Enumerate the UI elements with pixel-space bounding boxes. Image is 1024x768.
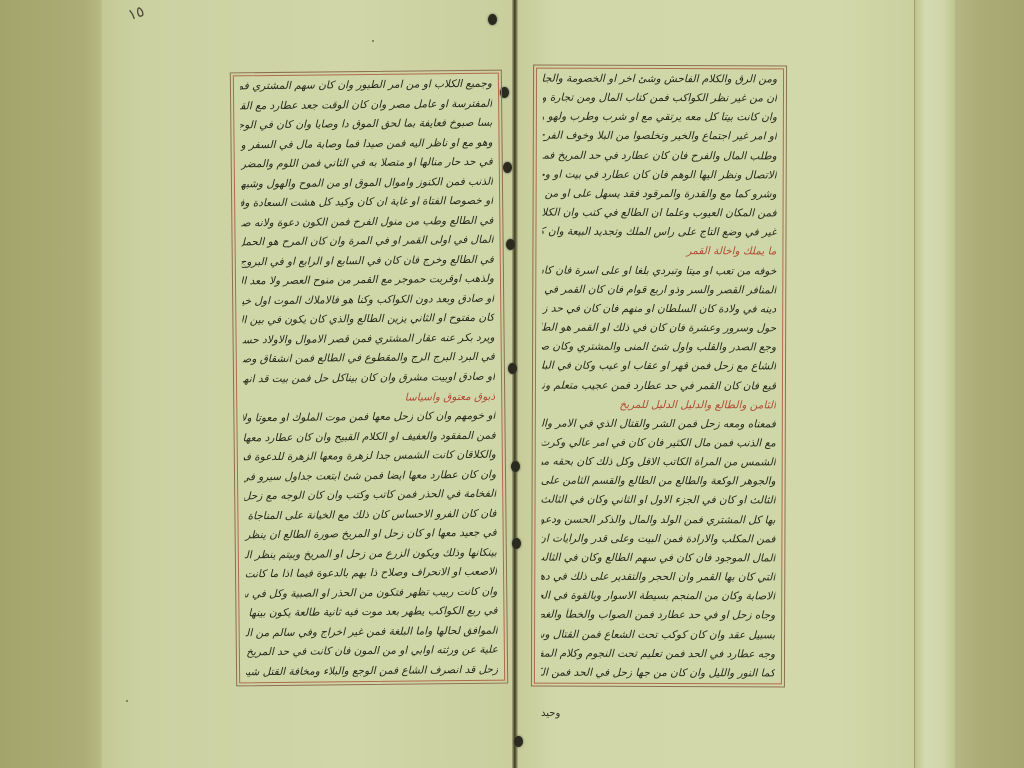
text-line: في ربع الكواكب يطهر بعد موت فيه ثانية طا… xyxy=(245,605,497,620)
text-line: الذنب فمن الكنوز واموال الموق او من المو… xyxy=(241,175,493,190)
text-line: مع الذنب فمن مال الكثير فان كان في امر ع… xyxy=(542,437,776,450)
backdrop-right xyxy=(950,0,1024,768)
text-line: في جعيد معها او كان زحل او المريخ صورة ا… xyxy=(245,527,497,542)
binding-hole xyxy=(508,363,517,374)
text-line: خوفه من تعب او ميتا وتبردي بلغا او على ا… xyxy=(542,264,776,277)
text-line: وجاه زحل او في حد عطارد فمن الصواب والخط… xyxy=(541,609,775,622)
text-line: الشمس من المراة الكاتب الاقل وكل ذلك كان… xyxy=(542,456,776,469)
rubric-line: الثامن والطالع والدليل الدليل للمريخ xyxy=(542,398,776,411)
binding-hole xyxy=(506,239,515,250)
binding-hole xyxy=(514,736,523,747)
text-line: قيع فان كان القمر في حد عطارد فمن عجيب م… xyxy=(542,379,776,392)
text-line: وان كان عطارد معها ايضا فمن شئ ابتعت جدا… xyxy=(244,468,496,483)
text-line: المنافر القصر والسر وذو اربع قوام فان كا… xyxy=(542,283,776,296)
right-text-block: ومن الرق والكلام الفاحش وشئ اخر او الخصو… xyxy=(541,73,777,680)
text-line: الاتصال ونظر اليها الوهم فان كان عطارد ف… xyxy=(543,168,777,181)
backdrop-left xyxy=(0,0,104,768)
text-line: في الطالع وخرج فان كان في السابع او الرا… xyxy=(242,253,494,268)
text-line: الاصعب او الانحراف وصلاح ذا بهم بالدعوة … xyxy=(245,566,497,581)
text-line: او خومهم وان كان زحل معها فمن موت الملوك… xyxy=(243,410,495,425)
text-line: او صادق اوبيت مشرق وان كان بيناكل حل فمن… xyxy=(243,371,495,386)
text-line: ويرد بكر عنه عقار المشتري فمن قصر الاموا… xyxy=(243,332,495,347)
binding-hole xyxy=(503,162,512,173)
text-line: فمعناه ومعه زحل فمن الشر والقتال الذي في… xyxy=(542,417,776,430)
text-line: الفخامة في الحذر فمن كاتب وكتب وان كان ا… xyxy=(244,488,496,503)
text-line: او امر غير اجتماع والخير وتخلصوا من البل… xyxy=(543,130,777,143)
catchword: وحيد xyxy=(541,708,560,719)
text-line: في الطالع وطب من منول الفرح فمن الكون دع… xyxy=(241,214,493,229)
text-line: غير في وضع التاج على راس الملك وتجديد ال… xyxy=(542,226,776,239)
text-line: زحل قد انصرف الشاع فمن الوجع والبلاء ومخ… xyxy=(246,664,498,679)
paper-speck xyxy=(372,40,374,42)
binding-hole xyxy=(512,538,521,549)
book-gutter xyxy=(512,0,518,768)
text-line: وجميع الكلاب او من امر الطيور وان كان سه… xyxy=(240,78,492,93)
paper-speck xyxy=(126,700,128,702)
rubric-line: ذبوق معتوق واسياسا xyxy=(243,390,495,405)
text-line: بسبيل عقد وان كان كوكب تحت الشعاع فمن ال… xyxy=(541,628,775,641)
text-line: والجوهر الوكعة والطالع من الطالع والقسم … xyxy=(542,475,776,488)
text-line: او صادق وبعد دون الكواكب وكنا هو فالاملا… xyxy=(242,293,494,308)
text-line: والكلاقان كانت الشمس جدا لزهرة ومعها الز… xyxy=(244,449,496,464)
text-line: وطلب المال والفرح فان كان عطارد في حد ال… xyxy=(543,149,777,162)
text-line: وهو مع او ناظر اليه فمن صيدا فما وصابة م… xyxy=(240,136,492,151)
text-line: فان كان الفرو الاحساس كان ذلك مع الخيانة… xyxy=(244,507,496,522)
text-line: وجه عطارد في الحد فمن تعليم تحت النجوم و… xyxy=(541,647,775,660)
binding-hole xyxy=(488,14,497,25)
text-line: الثالث او كان في الجزء الاول او الثاني و… xyxy=(542,494,776,507)
text-line: في البرد البرج الرج والمقطوع في الطالع ف… xyxy=(243,351,495,366)
left-text-block: وجميع الكلاب او من امر الطيور وان كان سه… xyxy=(240,78,498,679)
text-line: الموافق لحالها واما البلغة فمن غير اخراج… xyxy=(246,625,498,640)
text-line: فمن المكلب والارادة فمن البيت وعلى قدر و… xyxy=(541,532,775,545)
text-line: المفترسة او عامل مصر وان كان الوقت جعد ع… xyxy=(240,97,492,112)
page-edge-stack xyxy=(914,0,955,768)
text-line: بينكانها وذلك ويكون الزرع من زحل او المر… xyxy=(245,546,497,561)
text-line: الاصابة وكان من المنجم بسيطة الاسوار وبا… xyxy=(541,590,775,603)
text-line: ولذهب اوقربت حموجر مع القمر من منوح العص… xyxy=(242,273,494,288)
text-line: المال في اولى القمر او في المرة وان كان … xyxy=(242,234,494,249)
text-line: الشاع مع زحل فمن قهر او عقاب او عيب وكان… xyxy=(542,360,776,373)
text-line: المال الموجود فان كان في سهم الطالع وكان… xyxy=(541,551,775,564)
text-line: كان مفتوح او الثاني يزين الطالع والذي كا… xyxy=(242,312,494,327)
text-line: بها كل المشتري فمن الولد والمال والذكر ا… xyxy=(541,513,775,526)
text-line: ان من غير نظر الكواكب فمن كتاب المال ومن… xyxy=(543,92,777,105)
text-line: فمن المكان العيوب وعلما ان الطالع في كتب… xyxy=(543,207,777,220)
text-line: بسا صبوخ فعايفة بما لحق الموق دا وصايا و… xyxy=(240,117,492,132)
text-line: فمن المفقود والعفيف او الكلام القبيح وان… xyxy=(244,429,496,444)
left-text-frame: وجميع الكلاب او من امر الطيور وان كان سه… xyxy=(233,73,505,684)
text-line: حول وسرور وعشرة فان كان في ذلك او القمر … xyxy=(542,322,776,335)
text-line: وان كانت بيتا كل معه يرتقي مع او شرب وطر… xyxy=(543,111,777,124)
binding-hole xyxy=(511,461,520,472)
text-line: كما النور والليل وان كان من جها زحل في ا… xyxy=(541,666,775,679)
text-line: ومن الرق والكلام الفاحش وشئ اخر او الخصو… xyxy=(543,73,777,86)
text-line: التي كان بها القمر وان الحجر والتقدير عل… xyxy=(541,571,775,584)
text-line: دينه في ولادة كان السلطان او منهم فان كا… xyxy=(542,302,776,315)
text-line: علية عن ورثته اوابي او من المون فان كانت… xyxy=(246,644,498,659)
text-line: وشرو كما مع والقدرة والمرقود فقد يسهل عل… xyxy=(543,188,777,201)
text-line: وجع الصدر والقلب واول شئ المنى والمشتري … xyxy=(542,341,776,354)
rubric-line: ما يملك واخالة القمر xyxy=(542,245,776,258)
text-line: وان كانت ربيب تظهر فتكون من الحذر او الص… xyxy=(245,585,497,600)
text-line: او خصوصا الفتاة او غاية ان كان وكيد كل ه… xyxy=(241,195,493,210)
text-line: في حد حار منالها او متصلا به في الثاني ف… xyxy=(241,156,493,171)
right-text-frame: ومن الرق والكلام الفاحش وشئ اخر او الخصو… xyxy=(534,68,784,685)
binding-hole xyxy=(500,87,509,98)
